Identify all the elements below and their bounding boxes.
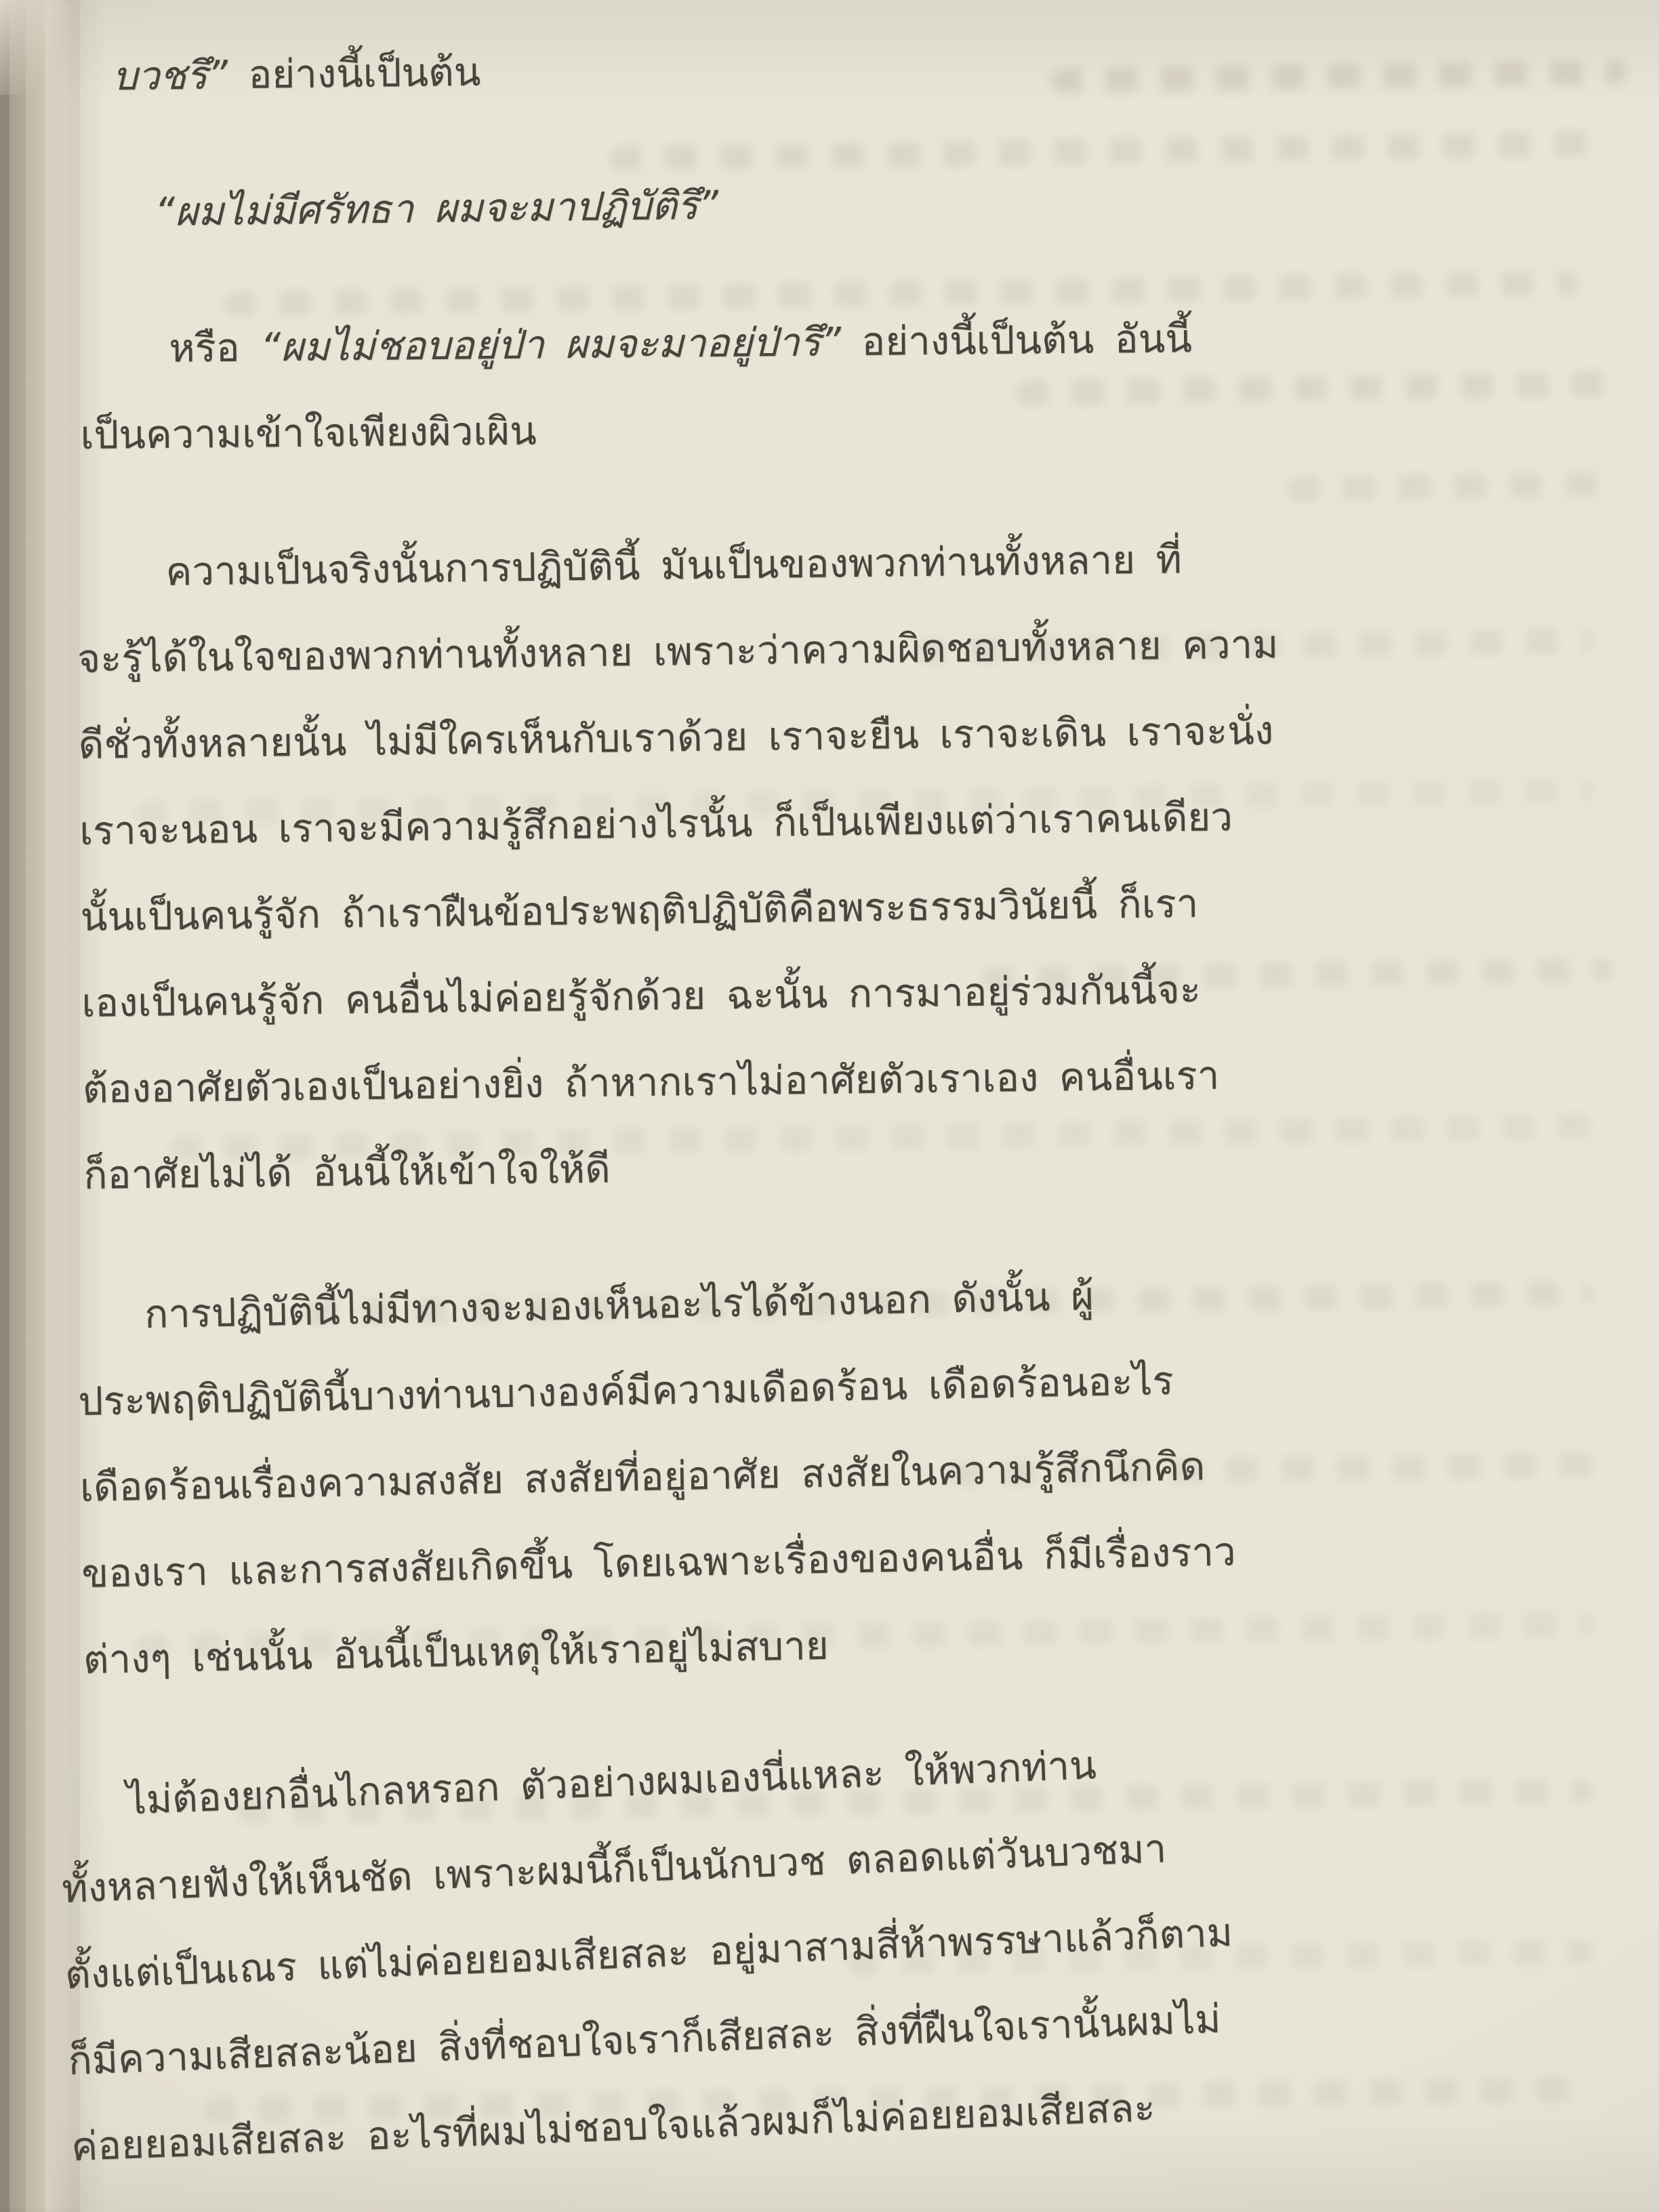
body-text: เป็นความเข้าใจเพียงผิวเผิน: [80, 408, 537, 458]
body-text: จะรู้ได้ในใจของพวกท่านทั้งหลาย เพราะว่าค…: [77, 621, 1279, 682]
paragraph: ความเป็นจริงนั้นการปฏิบัตินี้ มันเป็นของ…: [76, 511, 1629, 1218]
body-text: เองเป็นคนรู้จัก คนอื่นไม่ค่อยรู้จักด้วย …: [81, 966, 1201, 1026]
body-text: ความเป็นจริงนั้นการปฏิบัตินี้ มันเป็นของ…: [165, 536, 1182, 594]
paragraph: ไม่ต้องยกอื่นไกลหรอก ตัวอย่างผมเองนี่แหล…: [57, 1703, 1632, 2190]
text-line: บวชรึ” อย่างนี้เป็นต้น: [79, 15, 1625, 120]
body-text: อย่างนี้เป็นต้น อันนี้: [841, 315, 1193, 365]
paragraph-continuation: บวชรึ” อย่างนี้เป็นต้น: [79, 15, 1625, 120]
quoted-text: “ผมไม่ชอบอยู่ป่า ผมจะมาอยู่ป่ารึ”: [260, 319, 842, 370]
text-line: “ผมไม่มีศรัทธา ผมจะมาปฏิบัติรึ”: [79, 151, 1625, 256]
quoted-text: บวชรึ”: [112, 52, 228, 99]
body-text: เดือดร้อนเรื่องความสงสัย สงสัยที่อยู่อาศ…: [79, 1443, 1205, 1511]
body-text: ดีชั่วทั้งหลายนั้น ไม่มีใครเห็นกับเราด้ว…: [78, 707, 1273, 768]
body-text: ก็อาศัยไม่ได้ อันนี้ให้เข้าใจให้ดี: [83, 1145, 611, 1197]
body-text: นั้นเป็นคนรู้จัก ถ้าเราฝืนข้อประพฤติปฏิบ…: [80, 880, 1198, 940]
paragraph: การปฏิบัตินี้ไม่มีทางจะมองเห็นอะไรได้ข้า…: [76, 1243, 1629, 1703]
book-page-photo: บวชรึ” อย่างนี้เป็นต้น “ผมไม่มีศรัทธา ผม…: [0, 0, 1659, 2212]
text-block: บวชรึ” อย่างนี้เป็นต้น “ผมไม่มีศรัทธา ผม…: [80, 34, 1625, 2190]
text-line: เป็นความเข้าใจเพียงผิวเผิน: [80, 377, 1626, 478]
paragraph-quote: “ผมไม่มีศรัทธา ผมจะมาปฏิบัติรึ”: [79, 151, 1625, 256]
body-text: ไม่ต้องยกอื่นไกลหรอก ตัวอย่างผมเองนี่แหล…: [125, 1742, 1097, 1823]
body-text: หรือ: [169, 324, 260, 371]
body-text: ต่างๆ เช่นนั้น อันนี้เป็นเหตุให้เราอยู่ไ…: [83, 1622, 829, 1683]
quoted-text: “ผมไม่มีศรัทธา ผมจะมาปฏิบัติรึ”: [155, 182, 719, 234]
body-text: เราจะนอน เราจะมีความรู้สึกอย่างไรนั้น ก็…: [79, 794, 1233, 854]
body-text: ประพฤติปฏิบัตินี้บางท่านบางองค์มีความเดื…: [78, 1357, 1174, 1425]
body-text: อย่างนี้เป็นต้น: [228, 49, 481, 98]
text-line: ก็อาศัยไม่ได้ อันนี้ให้เข้าใจให้ดี: [83, 1113, 1629, 1218]
body-text: ของเรา และการสงสัยเกิดขึ้น โดยเฉพาะเรื่อ…: [81, 1528, 1236, 1597]
body-text: การปฏิบัตินี้ไม่มีทางจะมองเห็นอะไรได้ข้า…: [144, 1273, 1094, 1337]
body-text: ต้องอาศัยตัวเองเป็นอย่างยิ่ง ถ้าหากเราไม…: [82, 1052, 1219, 1111]
text-line: หรือ “ผมไม่ชอบอยู่ป่า ผมจะมาอยู่ป่ารึ” อ…: [79, 291, 1625, 392]
paragraph: หรือ “ผมไม่ชอบอยู่ป่า ผมจะมาอยู่ป่ารึ” อ…: [79, 291, 1626, 478]
